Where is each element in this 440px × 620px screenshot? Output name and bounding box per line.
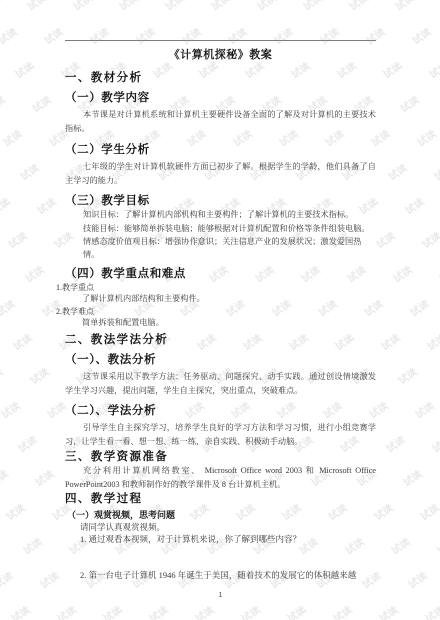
numbered-item: 1.教学重点 [56,282,376,294]
subsection-heading: （二）学生分析 [65,143,376,157]
trial-watermark: 试读 [146,602,171,620]
trial-watermark: 试读 [0,0,2,13]
trial-watermark: 试读 [12,58,37,82]
trial-watermark: 试读 [0,92,7,116]
trial-watermark: 试读 [24,0,49,13]
trial-watermark: 试读 [15,432,40,456]
trial-watermark: 试读 [330,602,355,620]
document-page: 试读试读试读试读试读试读试读试读试读试读试读试读试读试读试读试读试读试读试读试读… [0,0,440,620]
trial-watermark: 试读 [0,568,15,592]
trial-watermark: 试读 [397,92,422,116]
trial-watermark: 试读 [32,466,57,490]
trial-watermark: 试读 [409,24,434,48]
trial-watermark: 试读 [405,568,430,592]
trial-watermark: 试读 [0,398,22,422]
trial-watermark: 试读 [3,500,28,524]
subsection-heading: （三）教学目标 [65,194,376,208]
trial-watermark: 试读 [378,330,403,354]
trial-watermark: 试读 [5,228,30,252]
section-heading: 三、教学资源准备 [65,450,376,464]
minor-heading: （一）观赏视频，思考问题 [67,510,376,521]
trial-watermark: 试读 [22,262,47,286]
paragraph: 充分利用计算机网络教室、 Microsoft Office word 2003 … [65,464,376,493]
trial-watermark: 试读 [238,602,263,620]
subsection-heading: （一）教学内容 [65,91,376,105]
trial-watermark: 试读 [412,398,437,422]
trial-watermark: 试读 [376,602,401,620]
subsection-heading: （四）教学重点和难点 [65,267,376,281]
trial-watermark: 试读 [392,0,417,13]
trial-watermark: 试读 [34,194,59,218]
goal-line: 情感态度价值观目标：增强协作意识；关注信息产业的发展状况；激发爱国热情。 [83,236,376,261]
numbered-item: 2.教学难点 [56,306,376,318]
trial-watermark: 试读 [70,0,95,13]
trial-watermark: 试读 [419,228,440,252]
trial-watermark: 试读 [20,534,45,558]
trial-watermark: 试读 [422,602,440,620]
trial-watermark: 试读 [417,500,440,524]
trial-watermark: 试读 [27,364,52,388]
trial-watermark: 试读 [41,24,66,48]
trial-watermark: 试读 [208,0,233,13]
trial-watermark: 试读 [254,0,279,13]
paragraph: 引导学生自主探究学习，培养学生良好的学习方法和学习习惯，进行小组竞赛学习，让学生… [65,421,376,450]
trial-watermark: 试读 [162,0,187,13]
trial-watermark: 试读 [116,0,141,13]
trial-watermark: 试读 [407,296,432,320]
subsection-heading: （二）、学法分析 [65,404,376,418]
header-rule [65,40,376,41]
process-line: 2. 第一台电子计算机 1946 年诞生于美国，随着技术的发展它的体积越来越 [80,569,376,581]
trial-watermark: 试读 [37,568,62,592]
trial-watermark: 试读 [0,126,24,150]
section-heading: 四、教学过程 [65,492,376,506]
trial-watermark: 试读 [424,330,440,354]
trial-watermark: 试读 [346,0,371,13]
page-title: 《计算机探秘》教案 [65,48,376,63]
paragraph: 这节课采用以下教学方法：任务驱动、问题探究、动手实践。通过创设情境激发学生学习兴… [65,370,376,399]
section-heading: 二、教法学法分析 [65,333,376,347]
paragraph: 七年级的学生对计算机软硬件方面已初步了解。根据学生的学龄，他们具备了自主学习的能… [65,160,376,189]
paragraph: 本节课是对计算机系统和计算机主要硬件设备全面的了解及对计算机的主要技术指标。 [65,108,376,137]
trial-watermark: 试读 [383,432,408,456]
page-number: 1 [65,590,376,599]
trial-watermark: 试读 [29,92,54,116]
trial-watermark: 试读 [284,602,309,620]
section-heading: 一、教材分析 [65,71,376,85]
trial-watermark: 试读 [0,194,12,218]
trial-watermark: 试读 [429,432,440,456]
trial-watermark: 试读 [400,466,425,490]
trial-watermark: 试读 [380,58,405,82]
trial-watermark: 试读 [0,466,10,490]
process-line: 请同学认真观赏视频。 [80,521,376,533]
trial-watermark: 试读 [100,602,125,620]
trial-watermark: 试读 [192,602,217,620]
trial-watermark: 试读 [402,194,427,218]
trial-watermark: 试读 [17,160,42,184]
item-detail: 了解计算机内部结构和主要构件。 [82,293,376,305]
trial-watermark: 试读 [373,228,398,252]
process-line: 1. 通过观看本视频，对于计算机来说，你了解到哪些内容？ [80,533,376,545]
trial-watermark: 试读 [385,160,410,184]
trial-watermark: 试读 [434,534,440,558]
trial-watermark: 试读 [54,602,79,620]
trial-watermark: 试读 [388,534,413,558]
trial-watermark: 试读 [436,262,440,286]
goal-line: 知识目标：了解计算机内部机构和主要构件；了解计算机的主要技术指标。 [83,209,376,222]
trial-watermark: 试读 [431,160,440,184]
subsection-heading: （一）、教法分析 [65,353,376,367]
blank-space [65,545,376,569]
trial-watermark: 试读 [10,330,35,354]
trial-watermark: 试读 [0,296,17,320]
trial-watermark: 试读 [390,262,415,286]
trial-watermark: 试读 [395,364,420,388]
trial-watermark: 试读 [0,364,5,388]
document-body: 一、教材分析（一）教学内容本节课是对计算机系统和计算机主要硬件设备全面的了解及对… [65,71,376,581]
trial-watermark: 试读 [426,58,440,82]
trial-watermark: 试读 [0,24,19,48]
trial-watermark: 试读 [300,0,325,13]
item-detail: 简单拆装和配置电脑。 [82,317,376,329]
document-content: 《计算机探秘》教案 一、教材分析（一）教学内容本节课是对计算机系统和计算机主要硬… [65,44,376,599]
trial-watermark: 试读 [414,126,439,150]
trial-watermark: 试读 [8,602,33,620]
goal-line: 技能目标：能够简单拆装电脑；能够根据对计算机配置和价格等条件组装电脑。 [83,223,376,236]
